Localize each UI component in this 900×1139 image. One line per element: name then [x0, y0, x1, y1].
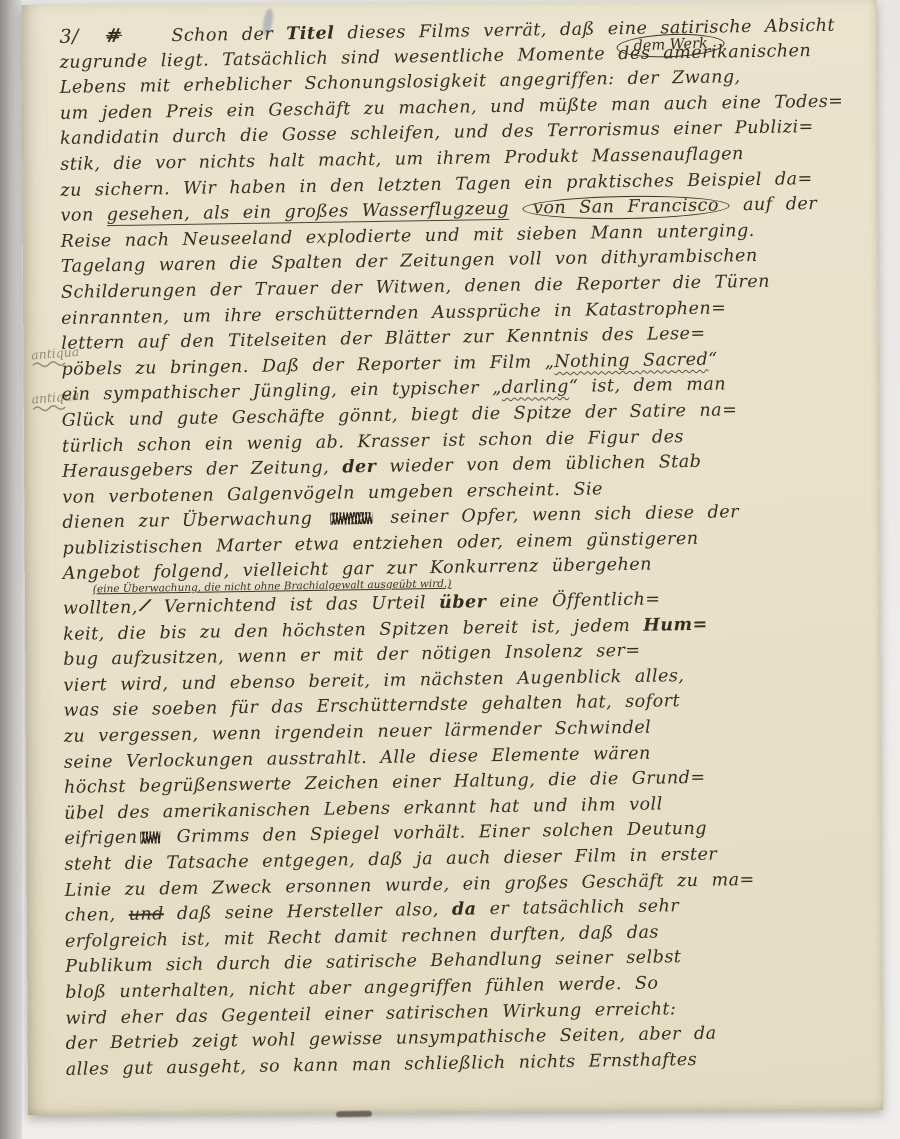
strike-segment: und — [129, 904, 165, 925]
manuscript-text: 3/#Schon der Titel dieses Films verrät, … — [59, 20, 858, 1083]
text-segment: dienen zur Überwachung — [62, 509, 325, 533]
text-segment: eifrigen — [64, 828, 138, 849]
underline-segment: gesehen, als ein großes Wasserflugzeug — [107, 199, 509, 225]
text-segment: “ ist, dem man — [569, 375, 727, 397]
text-segment: wieder von dem üblichen Stab — [376, 452, 701, 477]
circled-segment: von San Francisco — [522, 195, 730, 221]
text-segment: wollten, — [63, 598, 138, 619]
text-segment: eine Öffentlich= — [486, 590, 660, 613]
text-segment: von — [60, 205, 107, 226]
manuscript-page: dem Werk antiqua antiqua 3/#Schon der Ti… — [21, 0, 883, 1115]
scribble-sm-segment — [141, 832, 161, 844]
edge-smudge — [336, 1111, 372, 1118]
bold-segment: Titel — [286, 24, 334, 45]
scribble-segment — [330, 512, 372, 525]
bold-segment: da — [452, 900, 477, 920]
text-segment: Schon der — [171, 24, 286, 46]
text-segment — [509, 199, 522, 219]
struckmark-segment: # — [103, 24, 124, 50]
bold-segment: über — [439, 592, 487, 613]
wavy-segment: darling — [502, 377, 569, 398]
pagenum-segment: 3/ — [59, 25, 79, 51]
text-segment: “ — [708, 349, 718, 369]
text-segment: seiner Opfer, wenn sich diese der — [377, 503, 739, 529]
text-segment: Herausgebers der Zeitung, — [62, 458, 342, 482]
bold-segment: der — [342, 457, 376, 478]
text-segment: Vernichtend ist das Urteil — [151, 593, 440, 618]
text-segment: daß seine Hersteller also, — [164, 900, 452, 925]
text-segment: er tatsächlich sehr — [476, 896, 679, 919]
text-segment: auf der — [730, 194, 818, 215]
scanner-edge — [0, 0, 22, 1139]
text-segment: chen, — [65, 905, 129, 926]
text-segment: ein sympathischer Jüngling, ein typische… — [62, 378, 502, 405]
bold-segment: Hum= — [643, 614, 708, 635]
wavy-segment: Nothing Sacred — [554, 349, 708, 371]
